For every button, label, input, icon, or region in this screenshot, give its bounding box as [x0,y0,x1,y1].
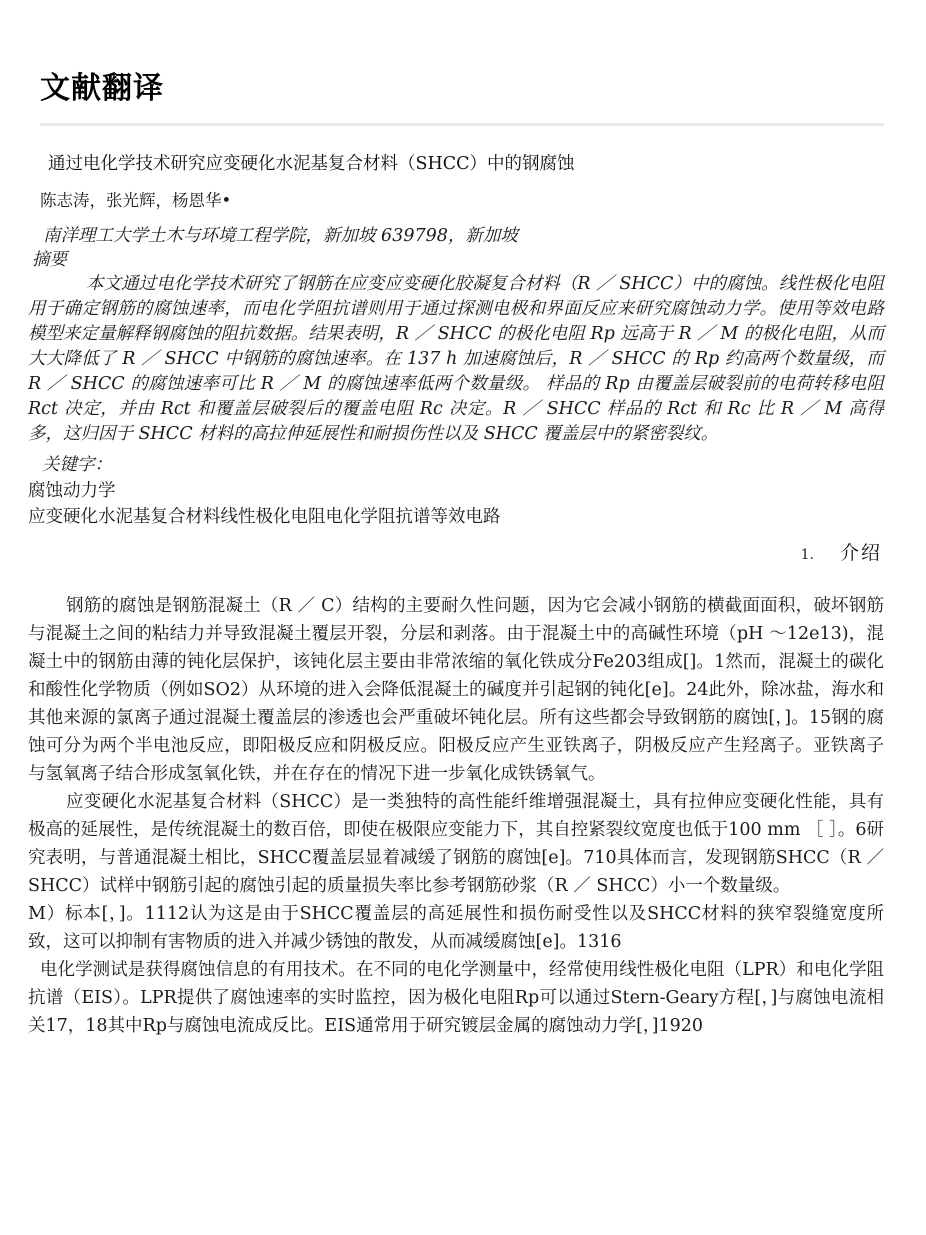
abstract-paragraph: 本文通过电化学技术研究了钢筋在应变应变硬化胶凝复合材料（R ／ SHCC）中的腐… [28,272,884,447]
document-page: 文献翻译 通过电化学技术研究应变硬化水泥基复合材料（SHCC）中的钢腐蚀 陈志涛… [0,0,926,1235]
keyword-item: 应变硬化水泥基复合材料线性极化电阻电化学阻抗谱等效电路 [28,504,884,530]
abstract-label: 摘要 [32,249,884,272]
section-title: 介绍 [840,540,882,566]
article: 通过电化学技术研究应变硬化水泥基复合材料（SHCC）中的钢腐蚀 陈志涛，张光辉，… [28,152,884,1040]
authors-line: 陈志涛，张光辉，杨恩华• [40,190,884,212]
article-title: 通过电化学技术研究应变硬化水泥基复合材料（SHCC）中的钢腐蚀 [48,152,884,176]
divider [40,123,884,126]
body-paragraph: 应变硬化水泥基复合材料（SHCC）是一类独特的高性能纤维增强混凝土，具有拉伸应变… [28,788,884,900]
keyword-item: 腐蚀动力学 [28,478,884,504]
body-paragraph: M）标本[，]。1112认为这是由于SHCC覆盖层的高延展性和损伤耐受性以及SH… [28,900,884,956]
section-number: 1. [801,542,814,568]
body-paragraph: 钢筋的腐蚀是钢筋混凝土（R ／ C）结构的主要耐久性问题，因为它会减小钢筋的横截… [28,592,884,788]
keywords-label: 关键字： [42,453,884,478]
affiliation-line: 南洋理工大学土木与环境工程学院，新加坡 639798，新加坡 [43,224,884,248]
page-title: 文献翻译 [40,72,884,106]
body-paragraph: 电化学测试是获得腐蚀信息的有用技术。在不同的电化学测量中，经常使用线性极化电阻（… [28,956,884,1040]
section-heading: 1. 介绍 [28,540,884,568]
